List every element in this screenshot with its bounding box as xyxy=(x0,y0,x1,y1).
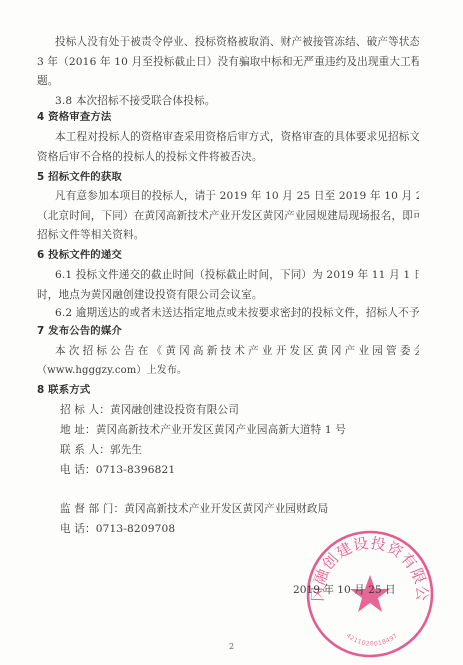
paragraph-line: 本工程对投标人的资格审查采用资格后审方式，资格审查的具体要求见招标文件。 xyxy=(55,130,419,144)
paragraph-line: 资格后审不合格的投标人的投标文件将被否决。 xyxy=(37,150,419,164)
contact-value: 黄冈融创建设投资有限公司 xyxy=(110,404,239,416)
contact-label: 联 系 人： xyxy=(60,444,110,456)
paragraph-line: 招标文件等相关资料。 xyxy=(37,228,419,242)
section-heading-5: 5 招标文件的获取 xyxy=(37,170,419,184)
paragraph-line: 6.1 投标文件递交的截止时间（投标截止时间，下同）为 2019 年 11 月 … xyxy=(55,268,419,282)
contact-label: 招 标 人： xyxy=(60,404,110,416)
page-number: 2 xyxy=(229,642,234,651)
contact-label: 电 话： xyxy=(60,523,96,535)
contact-label: 地 址： xyxy=(60,424,96,436)
paragraph-line: （北京时间，下同）在黄冈高新技术产业开发区黄冈产业园规建局现场报名，即可领取 xyxy=(37,209,419,223)
contact-value: 0713-8209708 xyxy=(96,523,176,535)
contact-address: 地 址：黄冈高新技术产业开发区黄冈产业园高新大道特 1 号 xyxy=(60,423,442,437)
contact-value: 郭先生 xyxy=(110,444,142,456)
clause-3-8: 3.8 本次招标不接受联合体投标。 xyxy=(55,94,419,108)
contact-phone: 电 话：0713-8396821 xyxy=(60,463,442,477)
document-page: 投标人没有处于被责令停业、投标资格被取消、财产被接管冻结、破产等状态；近 3 年… xyxy=(0,0,463,665)
signature-date: 2019 年 10 月 25 日 xyxy=(293,582,396,597)
contact-label: 监 督 部 门： xyxy=(60,503,124,515)
paragraph-line: 题。 xyxy=(37,74,419,88)
paragraph-line: 6.2 逾期送达的或者未送达指定地点或未按要求密封的投标文件，招标人不予受理。 xyxy=(55,306,419,320)
contact-label: 电 话： xyxy=(60,464,96,476)
contact-value: 黄冈高新技术产业开发区黄冈产业园财政局 xyxy=(124,503,328,515)
paragraph-line: 3 年（2016 年 10 月至投标截止日）没有骗取中标和无严重违约及出现重大工… xyxy=(37,55,419,69)
contact-value: 0713-8396821 xyxy=(96,464,176,476)
contact-value: 黄冈高新技术产业开发区黄冈产业园高新大道特 1 号 xyxy=(96,424,346,436)
section-heading-7: 7 发布公告的媒介 xyxy=(37,324,419,338)
section-heading-4: 4 资格审查方法 xyxy=(37,110,419,124)
paragraph-line: （www.hgggzy.com）上发布。 xyxy=(37,364,419,378)
contact-person: 联 系 人：郭先生 xyxy=(60,443,442,457)
section-heading-8: 8 联系方式 xyxy=(37,383,419,397)
contact-supervisor: 监 督 部 门：黄冈高新技术产业开发区黄冈产业园财政局 xyxy=(60,502,442,516)
section-heading-6: 6 投标文件的递交 xyxy=(37,248,419,262)
paragraph-line: 凡有意参加本项目的投标人，请于 2019 年 10 月 25 日至 2019 年… xyxy=(55,189,419,203)
paragraph-line: 本次招标公告在《黄冈高新技术产业开发区黄冈产业园管委会网站》 xyxy=(55,344,419,358)
paragraph-line: 投标人没有处于被责令停业、投标资格被取消、财产被接管冻结、破产等状态；近 xyxy=(55,35,419,49)
svg-text:4211020018497: 4211020018497 xyxy=(345,632,399,647)
paragraph-line: 时，地点为黄冈融创建设投资有限公司会议室。 xyxy=(37,288,419,302)
contact-tenderer: 招 标 人：黄冈融创建设投资有限公司 xyxy=(60,403,442,417)
